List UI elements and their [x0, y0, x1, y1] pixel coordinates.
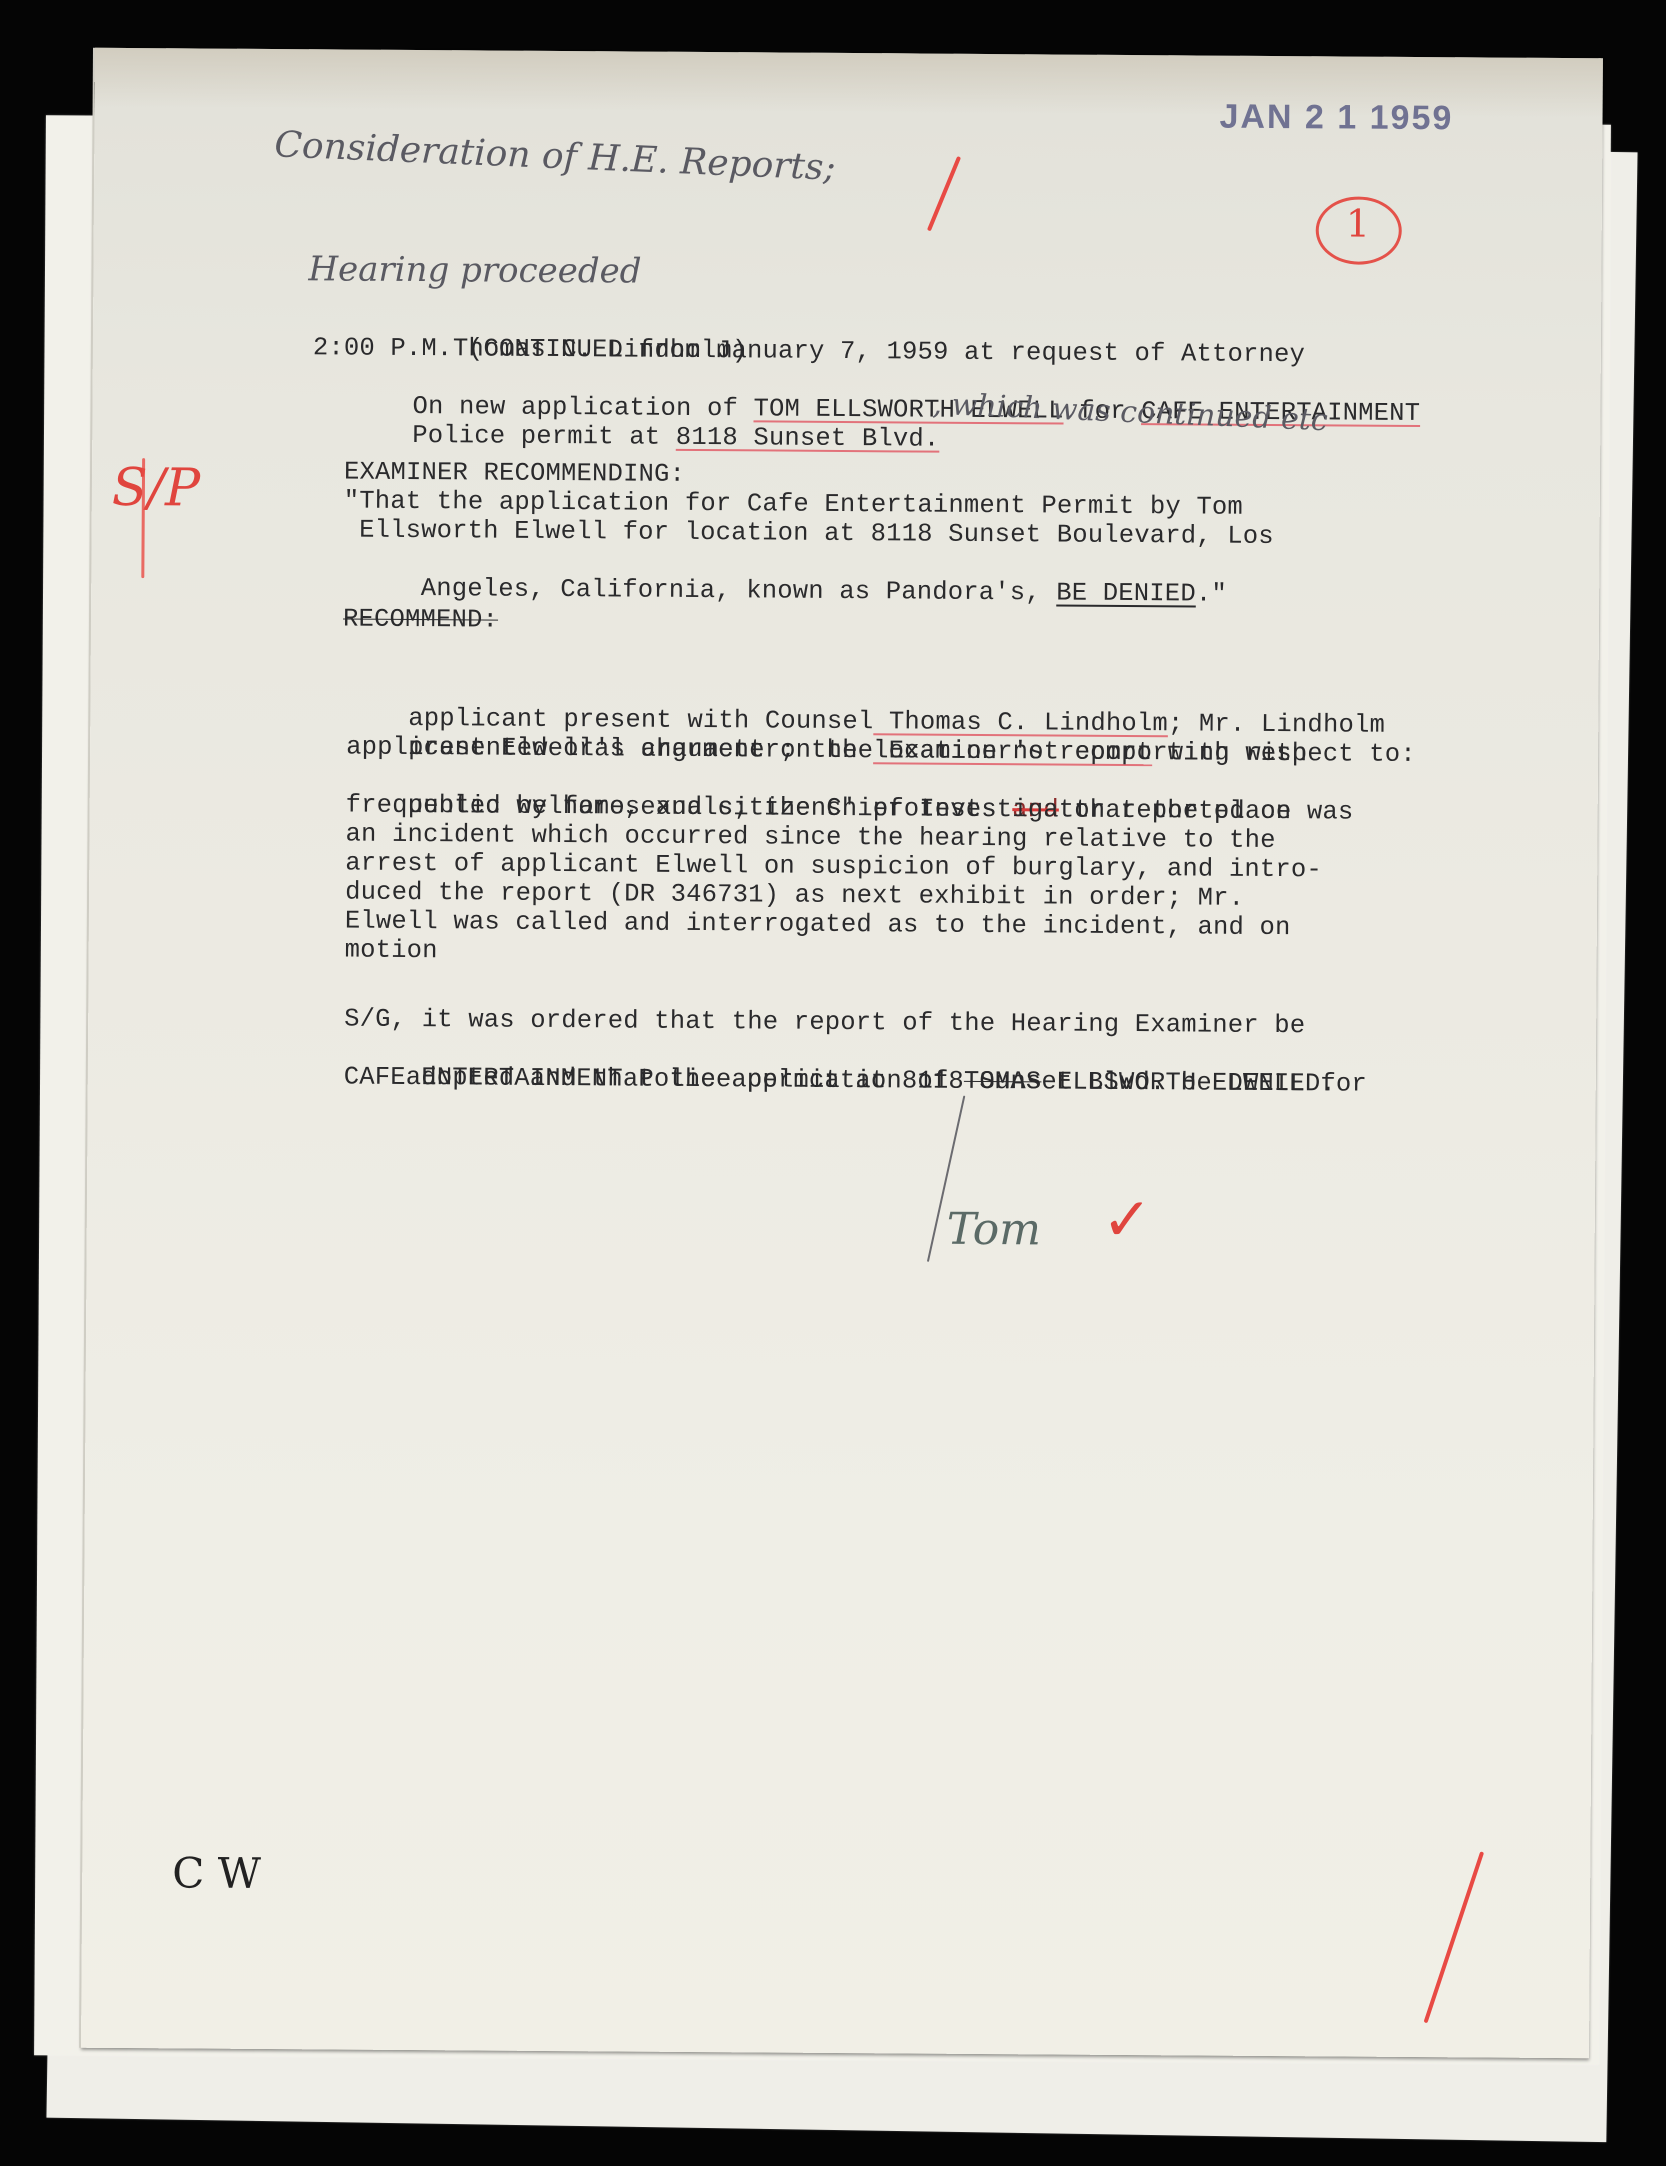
proceedings-line-9: Elwell was called and interrogated as to…	[345, 907, 1291, 943]
page-number: 1	[1346, 201, 1370, 245]
session-time: 2:00 P.M.	[313, 333, 453, 363]
address: 8118 Sunset Blvd.	[676, 423, 940, 454]
red-check-mark	[927, 156, 961, 231]
handwritten-header: Consideration of H.E. Reports;	[274, 124, 837, 188]
examiner-heading: EXAMINER RECOMMENDING:	[344, 458, 685, 489]
examiner-decision: BE DENIED	[1056, 578, 1196, 608]
session-line-2: Thomas C. Lindholm)	[453, 334, 748, 365]
proceedings-line-10: motion	[345, 936, 438, 966]
handwritten-subheader: Hearing proceeded	[308, 249, 641, 291]
recommend-heading: RECOMMEND:	[343, 605, 498, 635]
date-stamp: JAN 2 1 1959	[1219, 98, 1453, 139]
initials: C W	[172, 1848, 261, 1898]
red-check-mark: ✓	[1102, 1185, 1153, 1255]
margin-red-line	[141, 458, 145, 578]
document-page: Consideration of H.E. Reports; JAN 2 1 1…	[81, 48, 1603, 2058]
signature: Tom	[947, 1204, 1042, 1256]
margin-note-sp: S/P	[112, 458, 201, 519]
red-tick-mark	[1424, 1851, 1485, 2023]
